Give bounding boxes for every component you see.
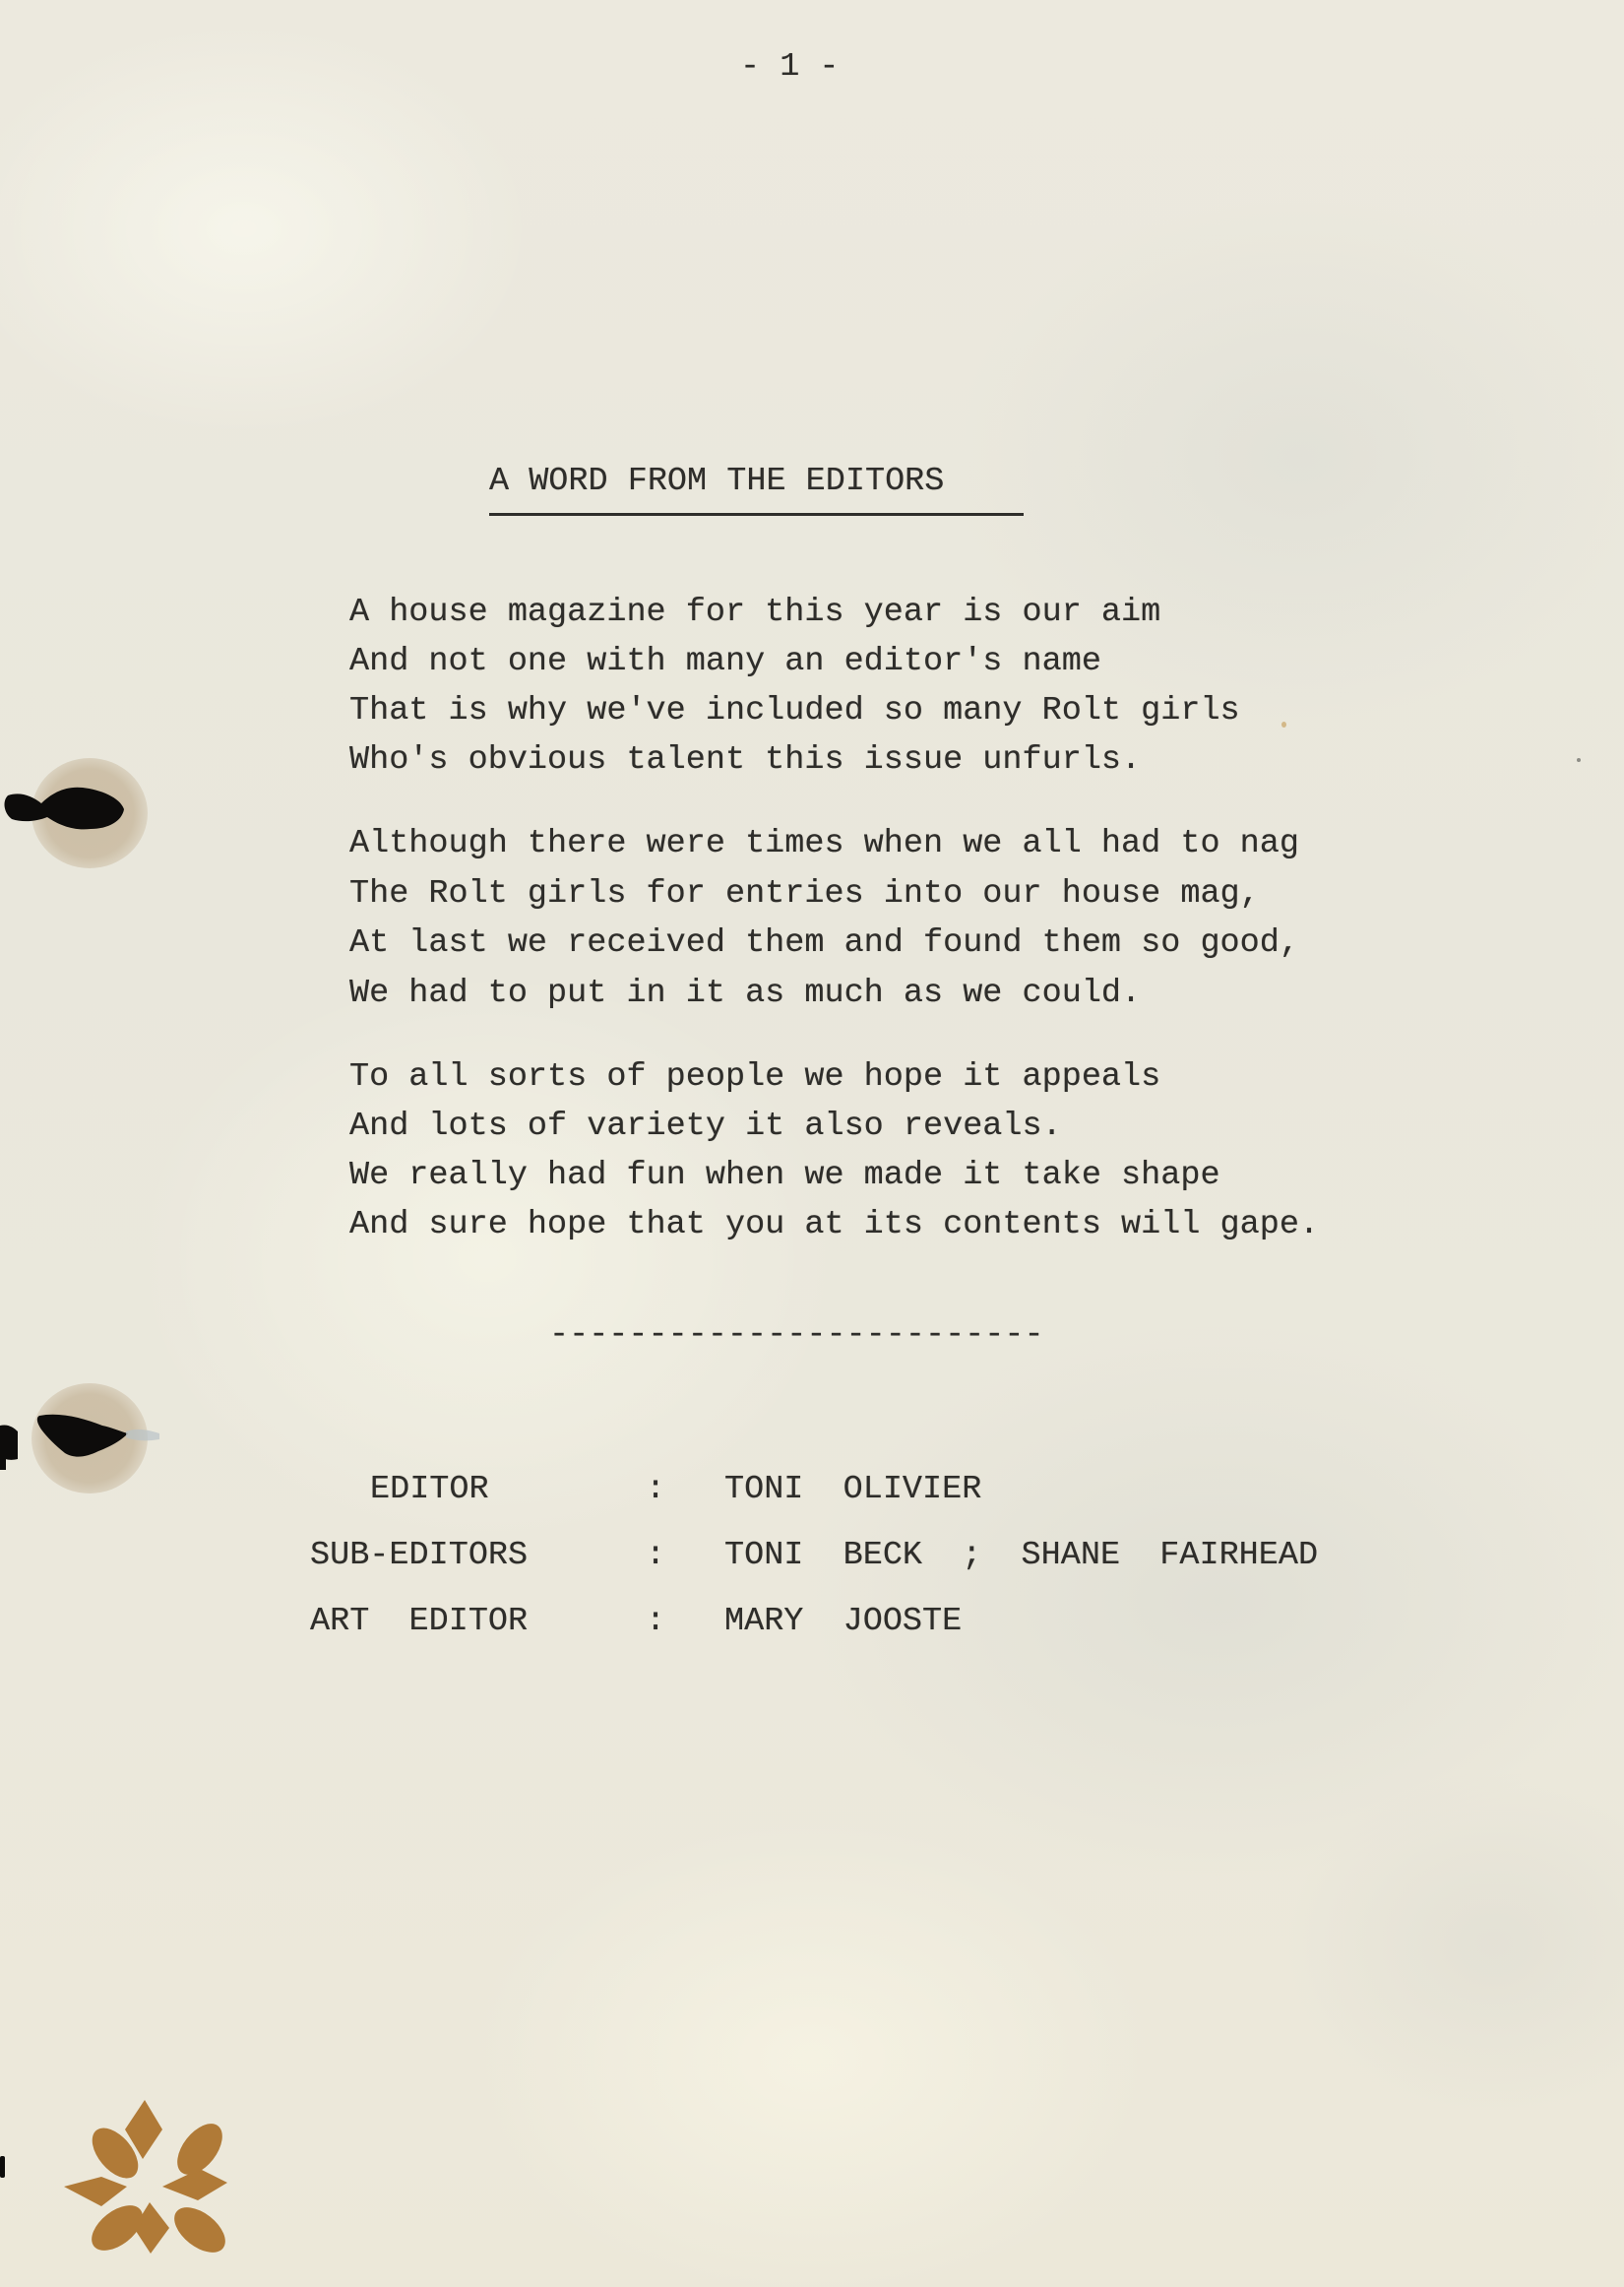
poem-line: At last we received them and found them … [349, 927, 1299, 961]
poem-line: That is why we've included so many Rolt … [349, 695, 1240, 729]
paper-speck [1281, 722, 1286, 728]
credit-value: TONI OLIVIER [724, 1474, 981, 1507]
poem-line: To all sorts of people we hope it appeal… [349, 1061, 1160, 1095]
poem-line: Although there were times when we all ha… [349, 828, 1299, 861]
poem-line: The Rolt girls for entries into our hous… [349, 878, 1260, 912]
page-title: A WORD FROM THE EDITORS [489, 466, 944, 499]
poem-line: Who's obvious talent this issue unfurls. [349, 744, 1141, 778]
credit-separator: : [646, 1540, 665, 1573]
credit-separator: : [646, 1474, 665, 1507]
credit-label: ART EDITOR [310, 1606, 528, 1639]
poem-line: We had to put in it as much as we could. [349, 978, 1141, 1011]
credit-separator: : [646, 1606, 665, 1639]
title-underline [489, 513, 1024, 516]
credit-label: SUB-EDITORS [310, 1540, 528, 1573]
poem-line: We really had fun when we made it take s… [349, 1160, 1220, 1193]
poem-line: A house magazine for this year is our ai… [349, 597, 1160, 630]
page-number: - 1 - [740, 51, 840, 85]
credit-value: MARY JOOSTE [724, 1606, 962, 1639]
poem-line: And not one with many an editor's name [349, 646, 1101, 679]
poem-line: And lots of variety it also reveals. [349, 1111, 1062, 1144]
flower-icon [54, 2072, 231, 2259]
credit-label: EDITOR [370, 1474, 489, 1507]
paper-speck [1577, 758, 1581, 762]
section-divider: ------------------------- [549, 1319, 1044, 1353]
credit-value: TONI BECK ; SHANE FAIRHEAD [724, 1540, 1318, 1573]
poem-line: And sure hope that you at its contents w… [349, 1209, 1319, 1242]
